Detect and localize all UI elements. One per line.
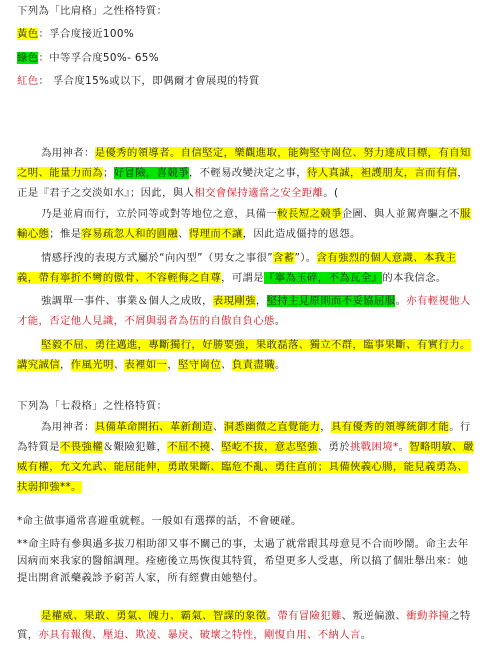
text-run: 企圖、與人並駕齊驅之不 [342,208,460,220]
text-run: 表裡如一 [124,359,167,371]
text-run: 正是『君子之交淡如水』；因此，與人 [17,187,194,199]
text-run: 、 [210,441,221,453]
text-run: ， [167,359,178,371]
text-run: 之特 [449,610,470,622]
text-run: 洞悉幽微之直覺能力 [224,421,321,433]
text-run: 。( [323,187,338,199]
text-run: 扶弱抑強**。 [17,481,82,493]
paragraph-line: 扶弱抑強**。 [17,479,82,495]
paragraph-line: 講究誠信，作風光明、表裡如一，堅守崗位、負責盡職。 [17,357,286,373]
text-run: ， [320,421,331,433]
text-run: 為用神者： [41,147,95,159]
text-run: 表現剛強 [213,295,256,307]
text-run: 孚合度15%或以下，即偶爾才會展現的特質 [53,75,260,87]
text-run: 嚴 [463,441,474,453]
text-run: 情感抒洩的表現方式屬於“向內型”（男女之事很” [41,252,273,264]
text-run: 較長短之競爭 [277,208,341,220]
text-run: 。 [275,315,286,327]
text-run: 是優秀的領導者。自信堅定，樂觀進取，能夠堅守崗位、努力達成目標，有自知 [95,147,471,159]
text-run: 質， [17,629,38,641]
paragraph-line: 為用神者：是優秀的領導者。自信堅定，樂觀進取，能夠堅守崗位、努力達成目標，有自知 [17,145,471,161]
text-run: 具有優秀的領導統御才能 [331,421,449,433]
paragraph-line: 為用神者：具備革命開拓、革新創造、洞悉幽微之直覺能力，具有優秀的領導統御才能。行 [17,419,471,435]
text-run: 。 [275,359,286,371]
text-run: ； [103,167,114,179]
text-run: 『寧為玉碎，不為瓦全』 [264,272,382,284]
text-run: 、 [178,228,189,240]
text-run: 作風光明 [71,359,114,371]
text-run: ；惟是 [49,228,81,240]
text-run: 是權威、果敢、勇氣、魄力、霸氣、智謀的象徵 [41,610,267,622]
text-run: 具備革命開拓、革新創造 [95,421,213,433]
text-run: 乃是並肩而行，立於同等或對等地位之意，具備一 [41,208,277,220]
legend-yellow: 黃色：孚合度接近100% [17,26,134,42]
text-run: 講究誠信 [17,359,60,371]
text-run: 堅持主見原則而不妥協屈服 [267,295,396,307]
text-run: 、勇於 [318,441,350,453]
footnote-2-line: **命主時有參與過多拔刀相助卻又事不關己的事，太過了就常跟其母意見不合而吵鬧。命… [17,536,468,552]
text-run: 亦具有報復、壓迫、欺凌、暴戾、破壞之特性，剛愎自用、不納人言 [38,629,360,641]
text-run: 含有強烈的個人意識、本我主 [317,252,457,264]
footnote-2-line: 因病而來我家的醫館調理。痊癒後立馬恢復其特質，希望更多人受惠，所以搞了個壯舉出來… [17,553,468,569]
text-run: 強調單一事件、事業＆個人之成敗， [41,295,213,307]
text-run: 不畏強權 [60,441,103,453]
text-run: ， [457,167,468,179]
text-run: 堅屹不拔，意志堅強 [221,441,318,453]
text-run: 。 [395,295,406,307]
text-run: ： [38,52,49,64]
paragraph-line: 威有權，允文允武、能屈能伸，勇敢果斷、臨危不亂、勇往直前；具備俠義心腸，能見義勇… [17,459,468,475]
paragraph-line: 是權威、果敢、勇氣、魄力、霸氣、智謀的象徵。帶有冒險犯難、叛逆偏激、衝動莽撞之特 [17,608,471,624]
paragraph-line: 才能，否定他人見識，不屑與弱者為伍的自傲自負心態。 [17,313,286,329]
text-run: 威有權，允文允武、能屈能伸，勇敢果斷、臨危不亂、勇往直前；具備俠義心腸，能見義勇… [17,461,468,473]
footnote-2-line: 提出開倉派藥義診予窮苦人家，所有經費由她墊付。 [17,570,264,586]
text-run: 、叛逆偏激、 [342,610,406,622]
text-run: 容易疏忽人和的圓融 [81,228,178,240]
text-run: 不屈不撓 [167,441,210,453]
paragraph-line: 堅毅不屈、勇往邁進，專斷獨行，好勝要強，果敢磊落、獨立不群，臨事果斷、有實行力。 [17,337,471,353]
section1-heading: 下列為「比肩格」之性格特質： [17,3,167,19]
text-run: 相交會保持適當之安全距離 [194,187,323,199]
text-run: 為用神者： [41,421,95,433]
text-run: 。行 [449,421,470,433]
text-run: 挑戰困境* [350,441,399,453]
text-run: ，可謂是 [221,272,264,284]
text-run: 紅色 [17,75,38,87]
paragraph-line: 為特質是不畏強權＆艱險犯難，不屈不撓、堅屹不拔，意志堅強、勇於挑戰困境*。智略明… [17,439,474,455]
text-run: ”）。 [295,252,317,264]
footnote-1: *命主做事通常喜避重就輕。一般如有選擇的話，不會硬碰。 [17,513,302,529]
text-run: 才能，否定他人見識，不屑與弱者為伍的自傲自負心態 [17,315,275,327]
text-run: 好冒險，喜競爭 [114,167,189,179]
text-run: 、 [213,421,224,433]
text-run: 亦有輕視他人 [406,295,470,307]
text-run: ， [60,359,71,371]
text-run: 帶有冒險犯難 [277,610,341,622]
legend-red: 紅色： 孚合度15%或以下，即偶爾才會展現的特質 [17,73,260,89]
text-run: ： [38,28,49,40]
text-run: 待人真誠，袒護朋友，言而有信 [307,167,457,179]
text-run: 得理而不讓 [189,228,243,240]
text-run: 綠色 [17,52,38,64]
paragraph-line: 強調單一事件、事業＆個人之成敗，表現剛強，堅持主見原則而不妥協屈服。亦有輕視他人 [17,293,471,309]
paragraph-line: 義，帶有寧折不彎的傲骨、不容輕侮之自尊，可謂是『寧為玉碎，不為瓦全』的本我信念。 [17,270,447,286]
text-run: ， [256,295,267,307]
paragraph-line: 正是『君子之交淡如水』；因此，與人相交會保持適當之安全距離。( [17,185,338,201]
text-run: 黃色 [17,28,38,40]
text-run: 中等孚合度50%- 65% [49,52,159,64]
legend-green: 綠色：中等孚合度50%- 65% [17,50,159,66]
text-run: ： [38,75,52,87]
text-run: 衝動莽撞 [406,610,449,622]
text-run: 負責盡職 [232,359,275,371]
text-run: 。 [399,441,410,453]
text-run: 輸心態 [17,228,49,240]
text-run: 、 [221,359,232,371]
paragraph-line: 乃是並肩而行，立於同等或對等地位之意，具備一較長短之競爭企圖、與人並駕齊驅之不服 [17,206,471,222]
text-run: ＆艱險犯難， [103,441,167,453]
text-run: ，因此造成僵持的恩怨。 [243,228,361,240]
text-run: 堅守崗位 [178,359,221,371]
text-run: 孚合度接近100% [49,28,134,40]
text-run: 含蓄 [273,252,294,264]
section2-heading: 下列為「七殺格」之性格特質： [17,398,167,414]
text-run: 。 [361,629,372,641]
text-run: ，不輕易改變決定之事， [189,167,307,179]
paragraph-line: 之明、能量力而為；好冒險，喜競爭，不輕易改變決定之事，待人真誠，袒護朋友，言而有… [17,165,468,181]
paragraph-line: 輸心態；惟是容易疏忽人和的圓融、得理而不讓，因此造成僵持的恩怨。 [17,226,361,242]
text-run: 、 [114,359,125,371]
text-run: 的本我信念。 [382,272,446,284]
text-run: 堅毅不屈、勇往邁進，專斷獨行，好勝要強，果敢磊落、獨立不群，臨事果斷、有實行力。 [41,339,471,351]
paragraph-line: 情感抒洩的表現方式屬於“向內型”（男女之事很”含蓄”）。含有強烈的個人意識、本我… [17,250,456,266]
text-run: 服 [460,208,471,220]
text-run: 智略明敏、 [409,441,463,453]
text-run: 為特質是 [17,441,60,453]
paragraph-line: 質，亦具有報復、壓迫、欺凌、暴戾、破壞之特性，剛愎自用、不納人言。 [17,627,371,643]
text-run: 義，帶有寧折不彎的傲骨、不容輕侮之自尊 [17,272,221,284]
text-run: 。 [267,610,278,622]
text-run: 之明、能量力而為 [17,167,103,179]
